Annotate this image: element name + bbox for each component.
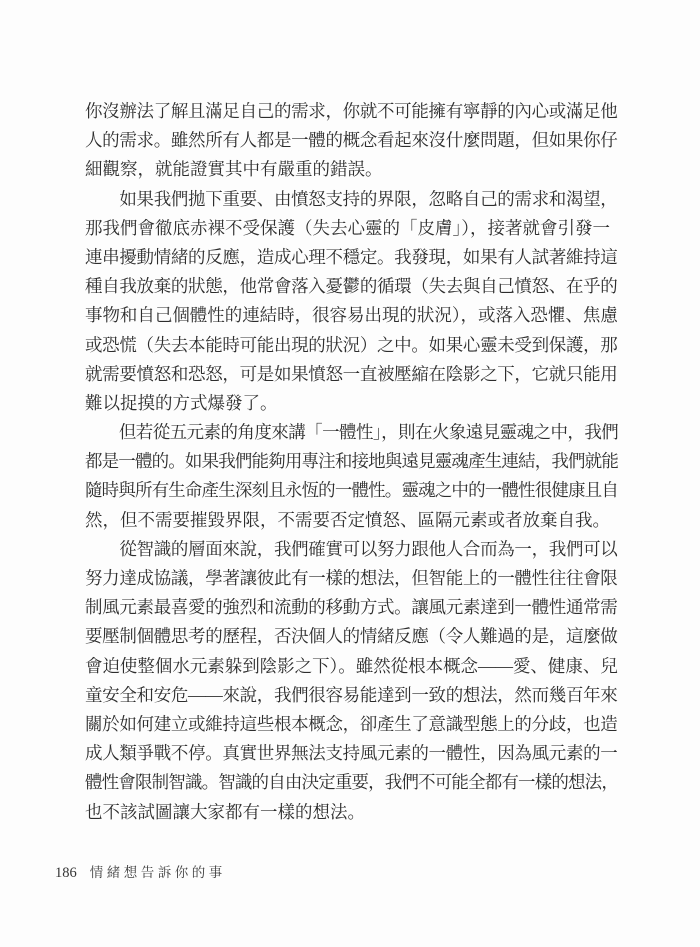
text-line: 努力達成協議，學著讓彼此有一樣的想法，但智能上的一體性往往會限 bbox=[85, 564, 618, 593]
text-line: 童安全和安危——來說，我們很容易能達到一致的想法，然而幾百年來 bbox=[85, 681, 618, 710]
text-line: 那我們會徹底赤裸不受保護（失去心靈的「皮膚」），接著就會引發一 bbox=[85, 214, 618, 243]
text-line: 要壓制個體思考的歷程，否決個人的情緒反應（令人難過的是，這麼做 bbox=[85, 622, 618, 651]
text-line: 連串擾動情緒的反應，造成心理不穩定。我發現，如果有人試著維持這 bbox=[85, 243, 618, 272]
page-number: 186 bbox=[55, 865, 77, 882]
text-line: 也不該試圖讓大家都有一樣的想法。 bbox=[85, 798, 618, 827]
running-title: 情緒想告訴你的事 bbox=[90, 861, 226, 881]
text-line: 但若從五元素的角度來講「一體性」，則在火象遠見靈魂之中，我們 bbox=[85, 418, 618, 447]
text-line: 難以捉摸的方式爆發了。 bbox=[85, 389, 618, 418]
text-line: 從智識的層面來說，我們確實可以努力跟他人合而為一，我們可以 bbox=[85, 535, 618, 564]
book-page: 你沒辦法了解且滿足自己的需求，你就不可能擁有寧靜的內心或滿足他人的需求。雖然所有… bbox=[0, 0, 700, 947]
text-line: 或恐慌（失去本能時可能出現的狀況）之中。如果心靈未受到保護，那 bbox=[85, 331, 618, 360]
text-line: 隨時與所有生命產生深刻且永恆的一體性。靈魂之中的一體性很健康且自 bbox=[85, 476, 618, 505]
text-line: 關於如何建立或維持這些根本概念，卻產生了意識型態上的分歧，也造 bbox=[85, 710, 618, 739]
body-text: 你沒辦法了解且滿足自己的需求，你就不可能擁有寧靜的內心或滿足他人的需求。雖然所有… bbox=[85, 97, 618, 827]
text-line: 人的需求。雖然所有人都是一體的概念看起來沒什麼問題，但如果你仔 bbox=[85, 126, 618, 155]
page-footer: 186 情緒想告訴你的事 bbox=[55, 861, 226, 881]
text-line: 制風元素最喜愛的強烈和流動的移動方式。讓風元素達到一體性通常需 bbox=[85, 593, 618, 622]
text-line: 會迫使整個水元素躲到陰影之下）。雖然從根本概念——愛、健康、兒 bbox=[85, 652, 618, 681]
text-line: 就需要憤怒和恐怒，可是如果憤怒一直被壓縮在陰影之下，它就只能用 bbox=[85, 360, 618, 389]
text-line: 你沒辦法了解且滿足自己的需求，你就不可能擁有寧靜的內心或滿足他 bbox=[85, 97, 618, 126]
text-line: 都是一體的。如果我們能夠用專注和接地與遠見靈魂產生連結，我們就能 bbox=[85, 447, 618, 476]
text-line: 細觀察，就能證實其中有嚴重的錯誤。 bbox=[85, 155, 618, 184]
text-line: 如果我們拋下重要、由憤怒支持的界限，忽略自己的需求和渴望， bbox=[85, 185, 618, 214]
text-line: 事物和自己個體性的連結時，很容易出現的狀況），或落入恐懼、焦慮 bbox=[85, 301, 618, 330]
text-line: 然，但不需要摧毀界限，不需要否定憤怒、區隔元素或者放棄自我。 bbox=[85, 506, 618, 535]
text-line: 成人類爭戰不停。真實世界無法支持風元素的一體性，因為風元素的一 bbox=[85, 739, 618, 768]
text-line: 種自我放棄的狀態，他常會落入憂鬱的循環（失去與自己憤怒、在乎的 bbox=[85, 272, 618, 301]
text-line: 體性會限制智識。智識的自由決定重要，我們不可能全都有一樣的想法， bbox=[85, 768, 618, 797]
